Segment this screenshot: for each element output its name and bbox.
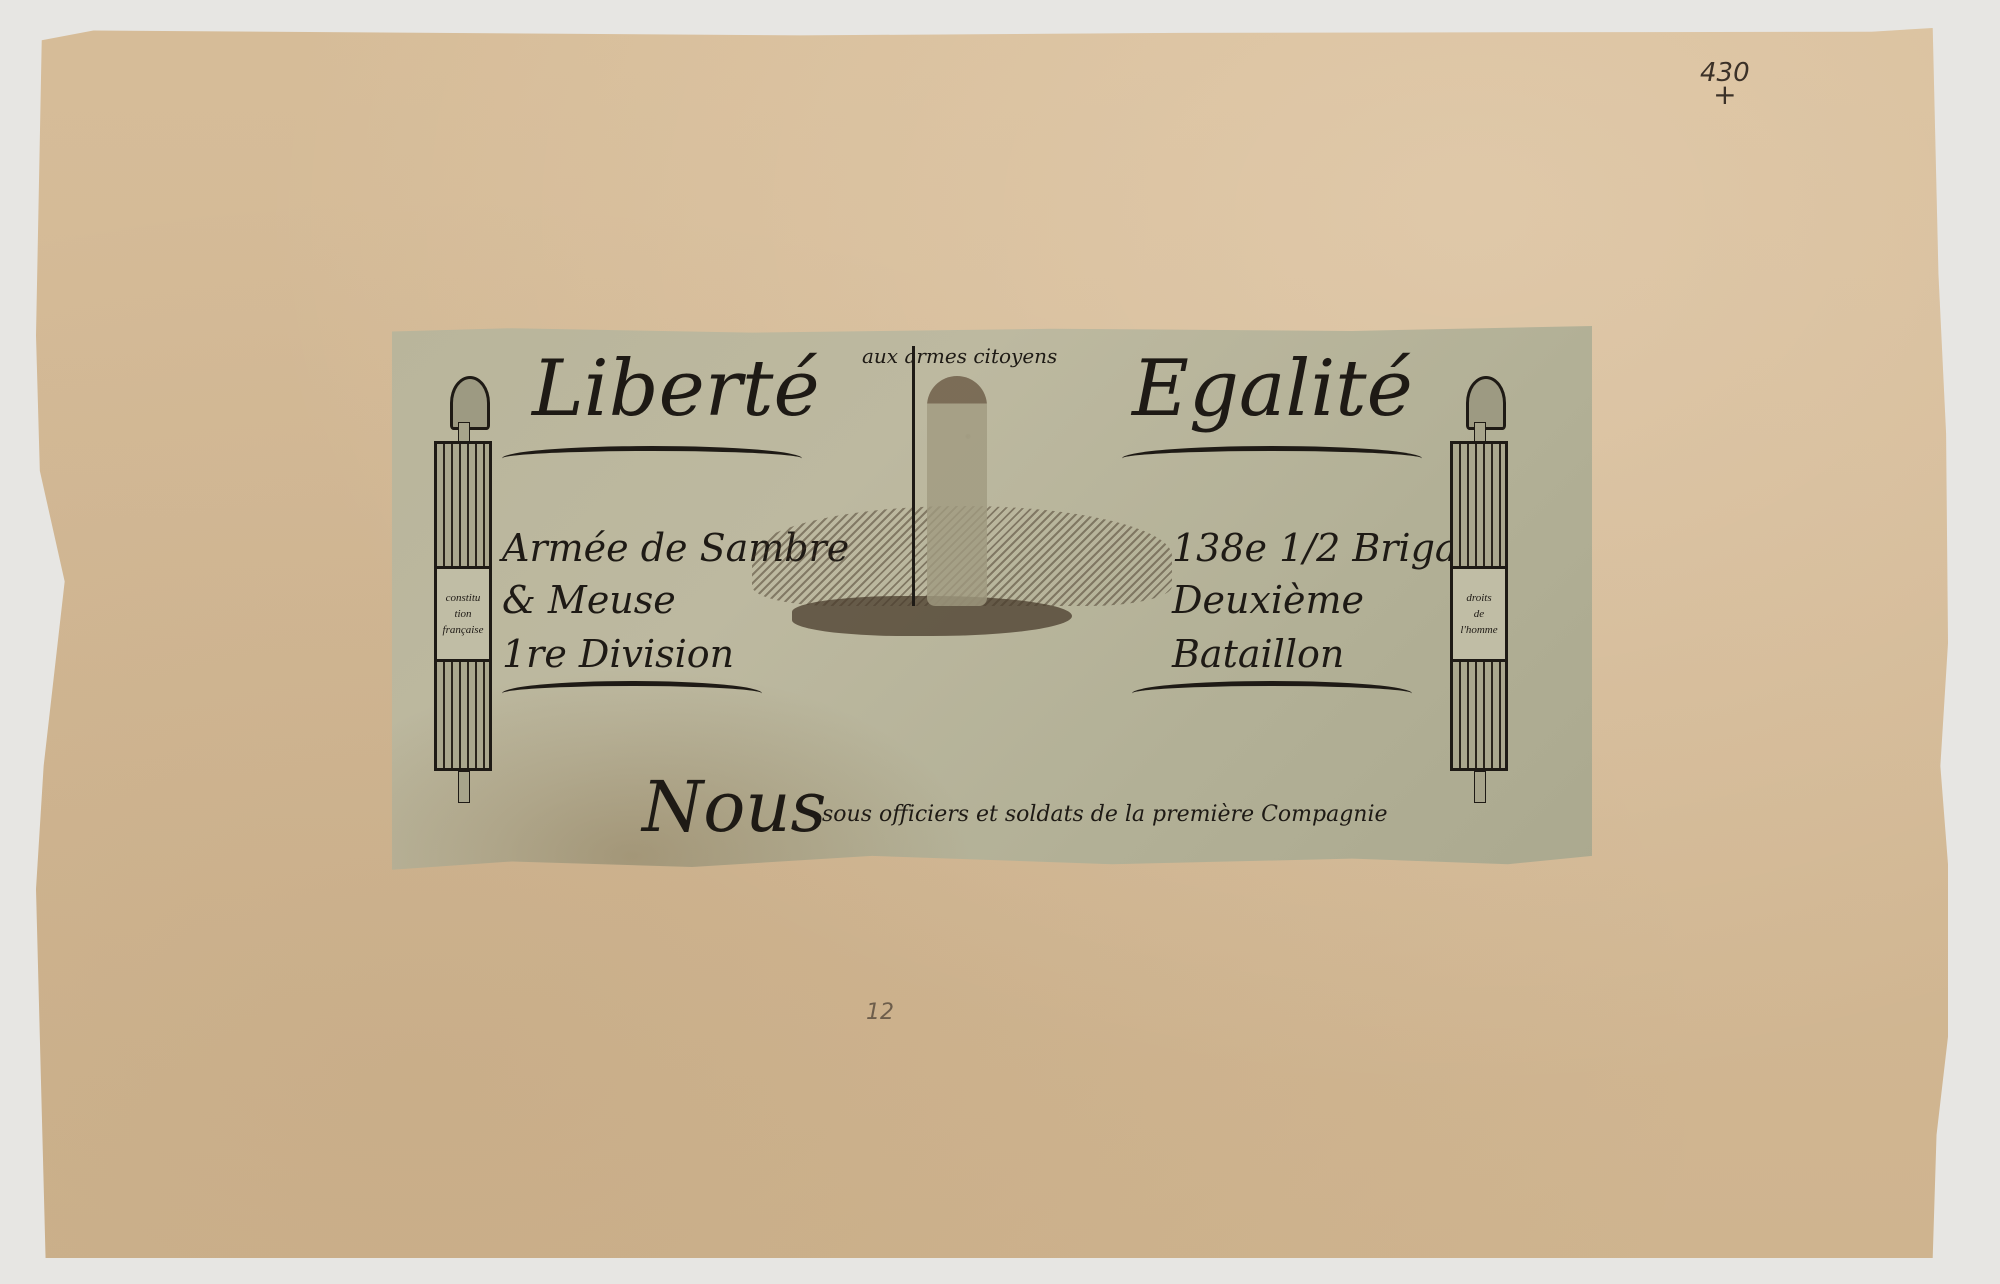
fasces-foot: [458, 771, 470, 803]
brigade-line-2: Deuxième: [1172, 578, 1364, 622]
label-line: l'homme: [1453, 622, 1505, 638]
axe-head-icon: [1466, 376, 1506, 430]
label-line: tion: [437, 606, 489, 622]
marianne-figure: [927, 376, 987, 606]
page-number: 12: [866, 1000, 894, 1025]
fasces-left-label: constitu tion française: [437, 566, 489, 662]
label-line: constitu: [437, 590, 489, 606]
label-line: de: [1453, 606, 1505, 622]
label-line: française: [437, 622, 489, 638]
fasces-foot: [1474, 771, 1486, 803]
brigade-line-3: Bataillon: [1172, 632, 1344, 676]
marianne-illustration: [722, 366, 1182, 666]
army-line-2: & Meuse: [502, 578, 676, 622]
inventory-number: 430 +: [1700, 62, 1750, 106]
label-line: droits: [1453, 590, 1505, 606]
body-text: sous officiers et soldats de la première…: [822, 802, 1388, 827]
certificate-document: Liberté aux armes citoyens Egalité Armée…: [392, 326, 1592, 878]
fasces-right-label: droits de l'homme: [1453, 566, 1505, 662]
flourish-bottom-left: [502, 681, 762, 706]
army-line-3: 1re Division: [502, 632, 734, 676]
motto: aux armes citoyens: [862, 344, 1057, 368]
spear-icon: [912, 346, 915, 606]
axe-head-icon: [450, 376, 490, 430]
fasces-left-icon: constitu tion française: [434, 376, 494, 756]
fasces-right-icon: droits de l'homme: [1450, 376, 1510, 756]
flourish-bottom-right: [1132, 681, 1412, 706]
salutation: Nous: [642, 766, 826, 848]
